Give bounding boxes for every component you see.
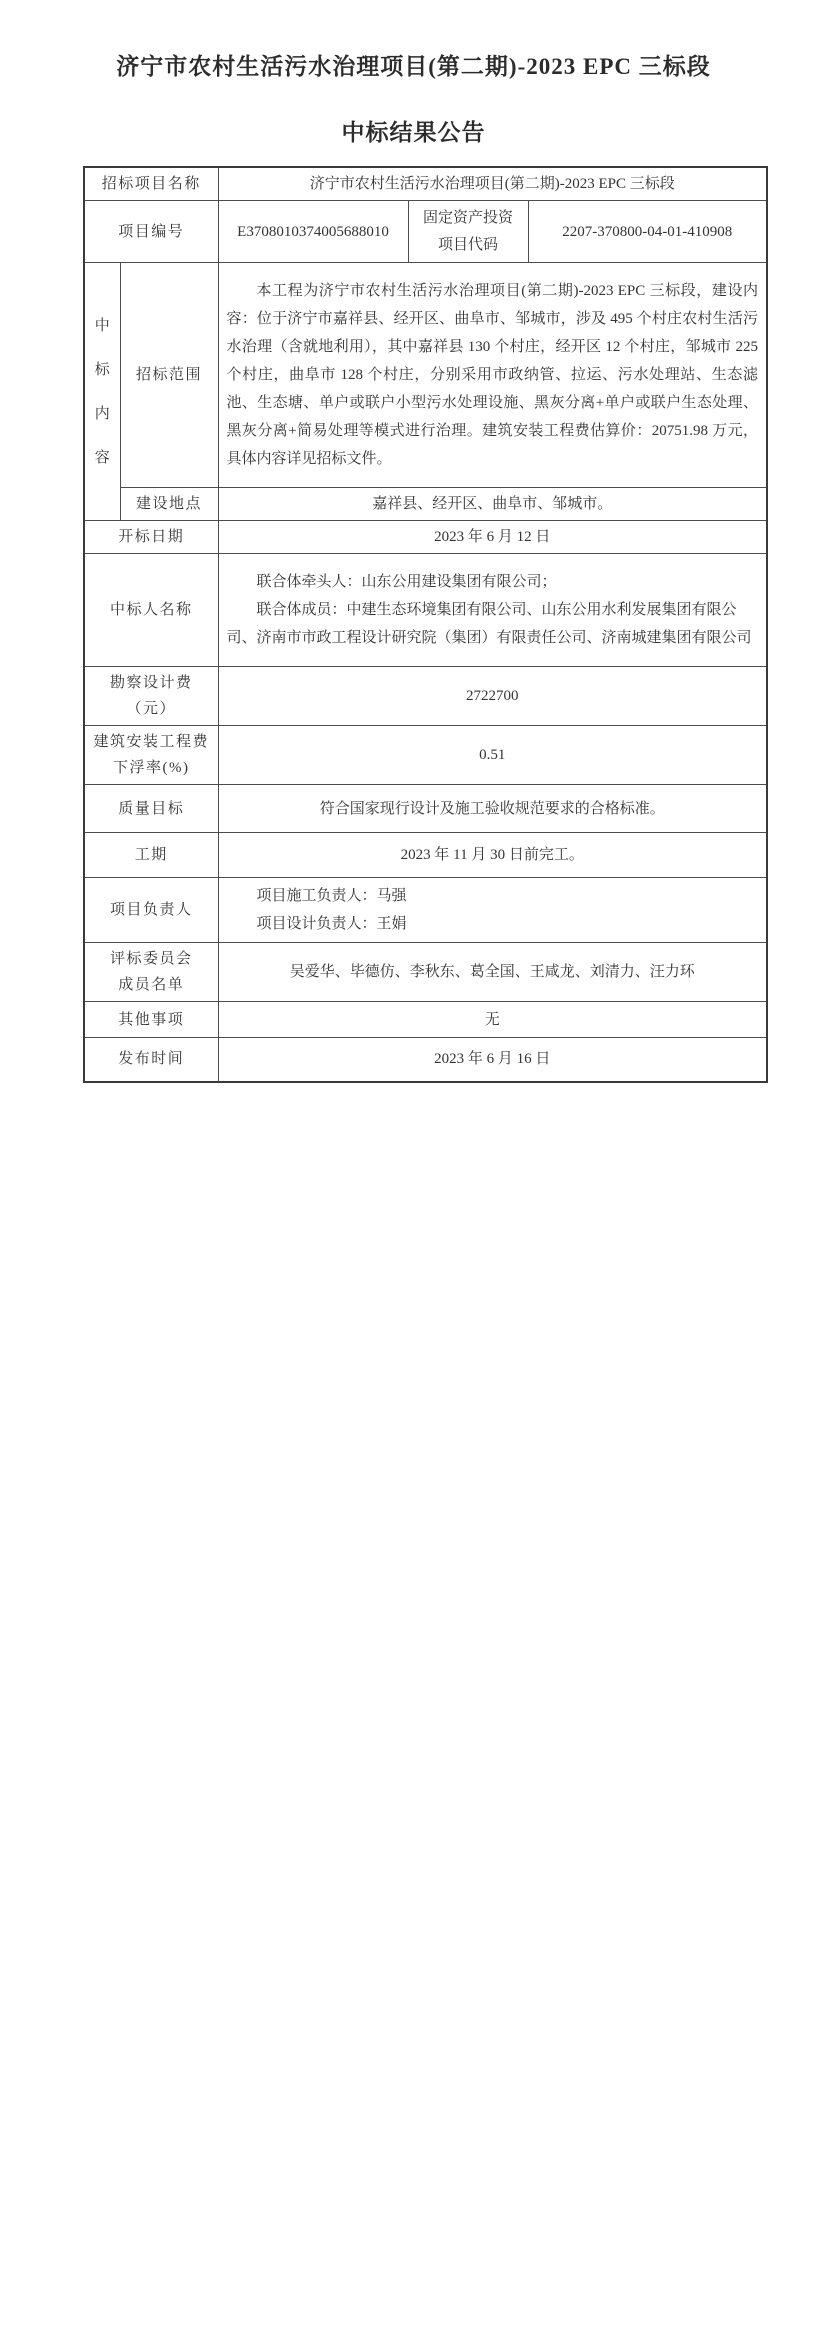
location-label: 建设地点 <box>120 488 218 521</box>
row-duration: 工期 2023 年 11 月 30 日前完工。 <box>84 833 767 878</box>
discount-rate-value: 0.51 <box>218 726 767 785</box>
bid-scope-value: 本工程为济宁市农村生活污水治理项目(第二期)-2023 EPC 三标段，建设内容… <box>218 263 767 488</box>
winner-label: 中标人名称 <box>84 554 218 667</box>
row-other: 其他事项 无 <box>84 1002 767 1038</box>
row-survey-fee: 勘察设计费 （元） 2722700 <box>84 667 767 726</box>
other-label: 其他事项 <box>84 1002 218 1038</box>
row-committee: 评标委员会 成员名单 吴爱华、毕德仿、李秋东、葛全国、王咸龙、刘清力、汪力环 <box>84 943 767 1002</box>
duration-label: 工期 <box>84 833 218 878</box>
announcement-table: 招标项目名称 济宁市农村生活污水治理项目(第二期)-2023 EPC 三标段 项… <box>83 166 768 1083</box>
row-publish: 发布时间 2023 年 6 月 16 日 <box>84 1038 767 1082</box>
construction-manager-line: 项目施工负责人：马强 <box>227 882 759 910</box>
asset-code-label: 固定资产投资 项目代码 <box>408 201 528 263</box>
project-number-value: E3708010374005688010 <box>218 201 408 263</box>
row-quality: 质量目标 符合国家现行设计及施工验收规范要求的合格标准。 <box>84 785 767 833</box>
winner-value: 联合体牵头人：山东公用建设集团有限公司； 联合体成员：中建生态环境集团有限公司、… <box>218 554 767 667</box>
document-title: 济宁市农村生活污水治理项目(第二期)-2023 EPC 三标段 中标结果公告 <box>0 0 827 150</box>
publish-value: 2023 年 6 月 16 日 <box>218 1038 767 1082</box>
committee-label: 评标委员会 成员名单 <box>84 943 218 1002</box>
other-value: 无 <box>218 1002 767 1038</box>
open-date-value: 2023 年 6 月 12 日 <box>218 521 767 554</box>
winner-leader-line: 联合体牵头人：山东公用建设集团有限公司； <box>227 568 759 596</box>
winner-members-line: 联合体成员：中建生态环境集团有限公司、山东公用水利发展集团有限公司、济南市市政工… <box>227 596 759 652</box>
row-project-number: 项目编号 E3708010374005688010 固定资产投资 项目代码 22… <box>84 201 767 263</box>
asset-code-value: 2207-370800-04-01-410908 <box>528 201 767 263</box>
row-winner: 中标人名称 联合体牵头人：山东公用建设集团有限公司； 联合体成员：中建生态环境集… <box>84 554 767 667</box>
bid-scope-text: 本工程为济宁市农村生活污水治理项目(第二期)-2023 EPC 三标段，建设内容… <box>227 277 759 473</box>
publish-label: 发布时间 <box>84 1038 218 1082</box>
quality-label: 质量目标 <box>84 785 218 833</box>
project-name-label: 招标项目名称 <box>84 167 218 201</box>
manager-label: 项目负责人 <box>84 878 218 943</box>
duration-value: 2023 年 11 月 30 日前完工。 <box>218 833 767 878</box>
project-name-value: 济宁市农村生活污水治理项目(第二期)-2023 EPC 三标段 <box>218 167 767 201</box>
project-number-label: 项目编号 <box>84 201 218 263</box>
survey-fee-value: 2722700 <box>218 667 767 726</box>
document-title-line2: 中标结果公告 <box>0 116 827 150</box>
bid-content-group-label: 中标内容 <box>84 263 120 521</box>
row-discount-rate: 建筑安装工程费 下浮率(%) 0.51 <box>84 726 767 785</box>
survey-fee-label: 勘察设计费 （元） <box>84 667 218 726</box>
document-page: 济宁市农村生活污水治理项目(第二期)-2023 EPC 三标段 中标结果公告 招… <box>0 0 827 2338</box>
design-manager-line: 项目设计负责人：王娟 <box>227 910 759 938</box>
document-title-line1: 济宁市农村生活污水治理项目(第二期)-2023 EPC 三标段 <box>0 50 827 84</box>
bid-scope-label: 招标范围 <box>120 263 218 488</box>
row-bid-scope: 中标内容 招标范围 本工程为济宁市农村生活污水治理项目(第二期)-2023 EP… <box>84 263 767 488</box>
row-manager: 项目负责人 项目施工负责人：马强 项目设计负责人：王娟 <box>84 878 767 943</box>
open-date-label: 开标日期 <box>84 521 218 554</box>
quality-value: 符合国家现行设计及施工验收规范要求的合格标准。 <box>218 785 767 833</box>
row-project-name: 招标项目名称 济宁市农村生活污水治理项目(第二期)-2023 EPC 三标段 <box>84 167 767 201</box>
row-open-date: 开标日期 2023 年 6 月 12 日 <box>84 521 767 554</box>
discount-rate-label: 建筑安装工程费 下浮率(%) <box>84 726 218 785</box>
location-value: 嘉祥县、经开区、曲阜市、邹城市。 <box>218 488 767 521</box>
manager-value: 项目施工负责人：马强 项目设计负责人：王娟 <box>218 878 767 943</box>
committee-value: 吴爱华、毕德仿、李秋东、葛全国、王咸龙、刘清力、汪力环 <box>218 943 767 1002</box>
row-location: 建设地点 嘉祥县、经开区、曲阜市、邹城市。 <box>84 488 767 521</box>
